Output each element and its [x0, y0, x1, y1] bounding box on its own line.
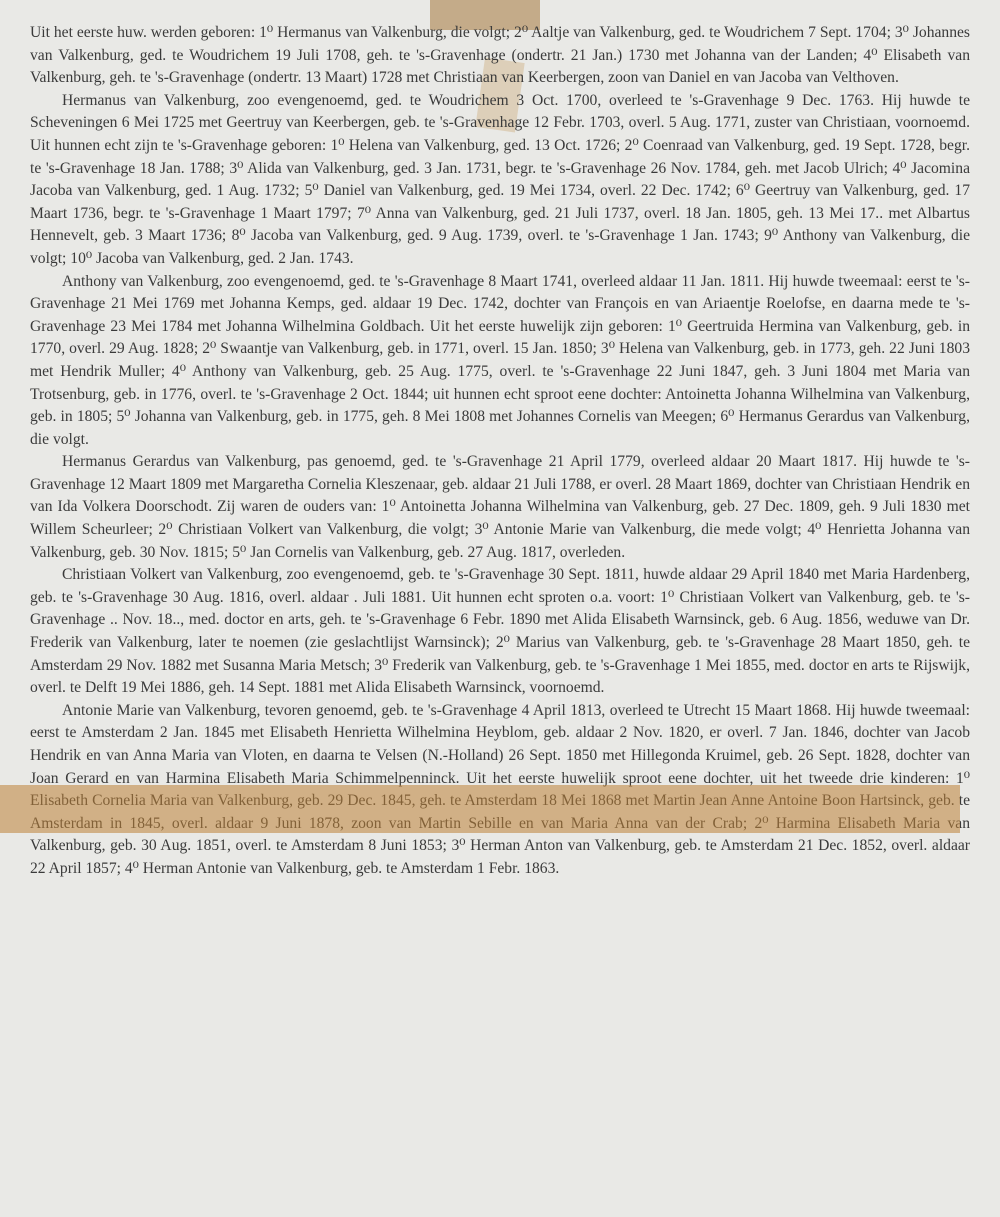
paragraph: Hermanus Gerardus van Valkenburg, pas ge… [30, 451, 970, 564]
paragraph: Hermanus van Valkenburg, zoo evengenoemd… [30, 90, 970, 271]
tape-stain [0, 785, 960, 833]
genealogy-page: Uit het eerste huw. werden geboren: 1⁰ H… [30, 22, 970, 881]
paragraph: Christiaan Volkert van Valkenburg, zoo e… [30, 564, 970, 700]
paragraph: Anthony van Valkenburg, zoo evengenoemd,… [30, 271, 970, 452]
paragraph: Uit het eerste huw. werden geboren: 1⁰ H… [30, 22, 970, 90]
